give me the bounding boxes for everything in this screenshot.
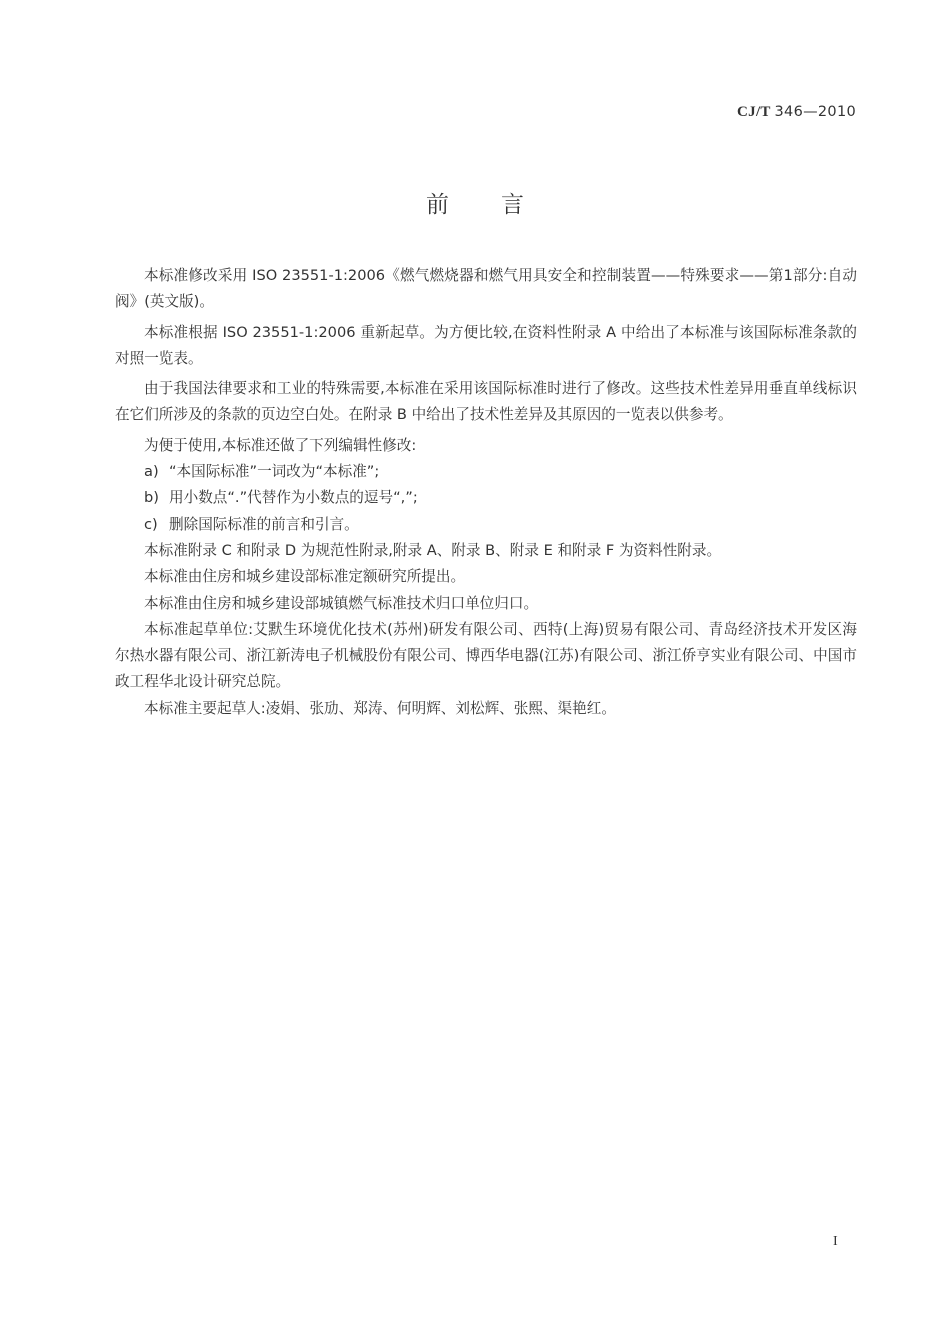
list-item-text: 删除国际标准的前言和引言。 — [169, 516, 359, 533]
paragraph-redrafting: 本标准根据 ISO 23551-1:2006 重新起草。为方便比较,在资料性附录… — [115, 320, 857, 373]
standard-prefix: CJ/T — [737, 104, 770, 120]
paragraph-proposed-by: 本标准由住房和城乡建设部标准定额研究所提出。 — [115, 564, 857, 590]
standard-number: 346—2010 — [775, 104, 856, 120]
paragraph-adoption: 本标准修改采用 ISO 23551-1:2006《燃气燃烧器和燃气用具安全和控制… — [115, 263, 857, 316]
edit-item-c: c)删除国际标准的前言和引言。 — [115, 512, 857, 538]
list-marker: c) — [144, 512, 169, 538]
paragraph-centralized-by: 本标准由住房和城乡建设部城镇燃气标准技术归口单位归口。 — [115, 591, 857, 617]
standard-code: CJ/T 346—2010 — [737, 104, 856, 121]
paragraph-drafters: 本标准主要起草人:凌娟、张劢、郑涛、何明辉、刘松辉、张熙、渠艳红。 — [115, 696, 857, 722]
list-item-text: 用小数点“.”代替作为小数点的逗号“,”; — [169, 489, 418, 506]
edit-item-a: a)“本国际标准”一词改为“本标准”; — [115, 459, 857, 485]
list-item-text: “本国际标准”一词改为“本标准”; — [169, 463, 379, 480]
page-number: I — [833, 1234, 838, 1250]
paragraph-editorial-intro: 为便于使用,本标准还做了下列编辑性修改: — [115, 433, 857, 459]
document-page: CJ/T 346—2010 前言 本标准修改采用 ISO 23551-1:200… — [0, 0, 950, 1344]
paragraph-drafting-units: 本标准起草单位:艾默生环境优化技术(苏州)研发有限公司、西特(上海)贸易有限公司… — [115, 617, 857, 696]
edit-item-b: b)用小数点“.”代替作为小数点的逗号“,”; — [115, 485, 857, 511]
foreword-body: 本标准修改采用 ISO 23551-1:2006《燃气燃烧器和燃气用具安全和控制… — [115, 263, 857, 722]
paragraph-annexes: 本标准附录 C 和附录 D 为规范性附录,附录 A、附录 B、附录 E 和附录 … — [115, 538, 857, 564]
page-title: 前言 — [0, 186, 950, 219]
list-marker: a) — [144, 459, 169, 485]
paragraph-technical-differences: 由于我国法律要求和工业的特殊需要,本标准在采用该国际标准时进行了修改。这些技术性… — [115, 376, 857, 429]
list-marker: b) — [144, 485, 169, 511]
